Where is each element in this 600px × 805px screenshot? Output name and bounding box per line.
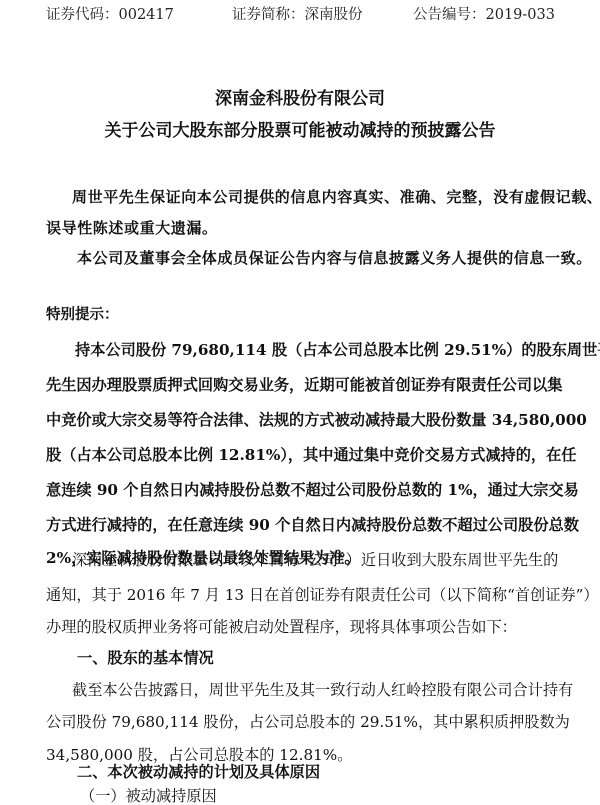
special-notice-line: 中竞价或大宗交易等符合法律、法规的方式被动减持最大股份数量 34,580,000 bbox=[46, 410, 587, 430]
special-notice-heading: 特别提示： bbox=[46, 305, 119, 325]
section1-heading: 一、股东的基本情况 bbox=[77, 648, 214, 668]
company-title: 深南金科股份有限公司 bbox=[0, 87, 600, 111]
section2-subheading: （一）被动减持原因 bbox=[80, 786, 217, 805]
disclaimer-line-2: 误导性陈述或重大遗漏。 bbox=[46, 218, 218, 238]
security-code: 证券代码：002417 bbox=[46, 5, 174, 25]
notice-number: 公告编号：2019-033 bbox=[413, 5, 555, 25]
board-disclaimer: 本公司及董事会全体成员保证公告内容与信息披露义务人提供的信息一致。 bbox=[77, 248, 592, 268]
special-notice-line: 意连续 90 个自然日内减持股份总数不超过公司股份总数的 1%，通过大宗交易 bbox=[46, 480, 579, 500]
intro-line: 办理的股权质押业务将可能被启动处置程序，现将具体事项公告如下： bbox=[46, 617, 517, 637]
security-short-name: 证券简称：深南股份 bbox=[232, 5, 363, 25]
disclaimer-line-1: 周世平先生保证向本公司提供的信息内容真实、准确、完整，没有虚假记载、 bbox=[72, 187, 600, 207]
special-notice-line: 方式进行减持的，在任意连续 90 个自然日内减持股份总数不超过公司股份总数 bbox=[46, 515, 579, 535]
section1-line: 公司股份 79,680,114 股份，占公司总股本的 29.51%，其中累积质押… bbox=[46, 712, 570, 732]
section2-heading: 二、本次被动减持的计划及具体原因 bbox=[77, 762, 320, 782]
intro-line: 深南金科股份有限公司（以下简称“公司”）近日收到大股东周世平先生的 bbox=[72, 550, 558, 570]
notice-title: 关于公司大股东部分股票可能被动减持的预披露公告 bbox=[0, 119, 600, 143]
special-notice-line: 股（占本公司总股本比例 12.81%），其中通过集中竞价交易方式减持的，在任 bbox=[46, 445, 577, 465]
special-notice-line: 持本公司股份 79,680,114 股（占本公司总股本比例 29.51%）的股东… bbox=[75, 340, 600, 360]
intro-line: 通知，其于 2016 年 7 月 13 日在首创证券有限责任公司（以下简称“首创… bbox=[46, 585, 599, 605]
special-notice-line: 先生因办理股票质押式回购交易业务，近期可能被首创证券有限责任公司以集 bbox=[46, 375, 562, 395]
section1-line: 截至本公告披露日，周世平先生及其一致行动人红岭控股有限公司合计持有 bbox=[72, 680, 573, 700]
